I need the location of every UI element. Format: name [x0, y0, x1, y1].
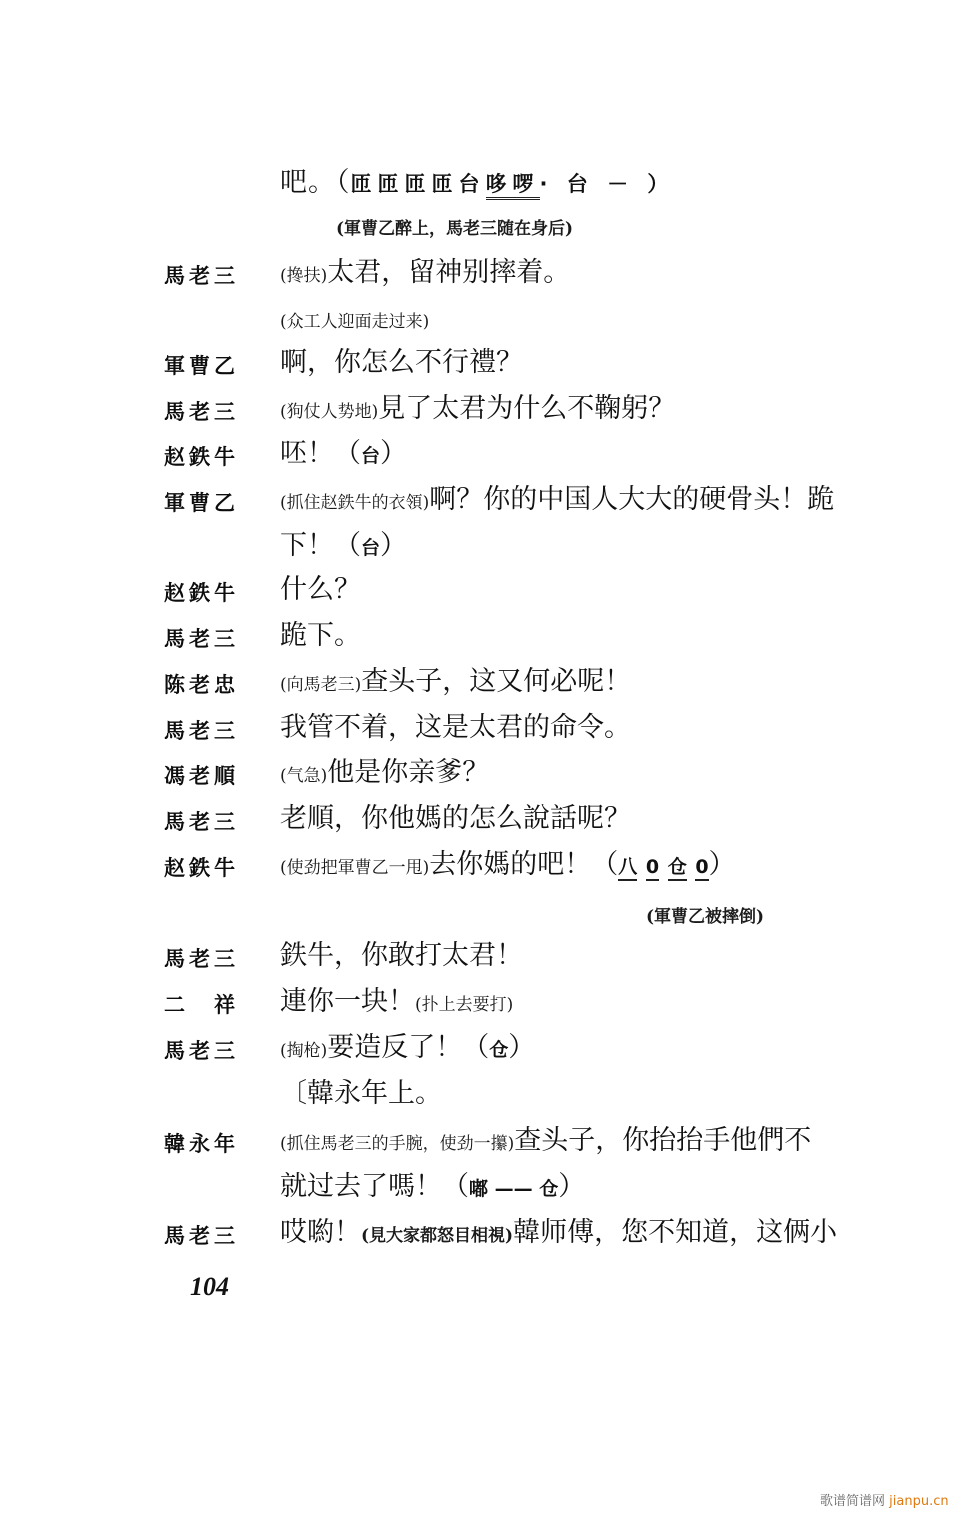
- bracket-close: ）: [380, 438, 407, 469]
- dialogue-text: 去你媽的吧！（: [429, 849, 618, 880]
- dialogue-text: 查头子，这又何必呢！: [361, 666, 631, 697]
- stage-direction: (使劲把軍曹乙一甩): [280, 858, 429, 878]
- dialogue-text: 鉄牛，你敢打太君！: [280, 940, 523, 971]
- percussion-beat: 嘟 —— 仓: [469, 1178, 558, 1200]
- dialogue-line: 哎喲！(見大家都怒目相視)韓师傅，您不知道，这俩小: [280, 1210, 920, 1259]
- dialogue-text: 連你一块！: [280, 986, 415, 1017]
- dialogue-line: (掏枪)要造反了！（仓）: [280, 1025, 920, 1074]
- dialogue-line: (向馬老三)查头子，这又何必呢！: [280, 659, 920, 708]
- dialogue-line: 鉄牛，你敢打太君！: [280, 933, 920, 979]
- dialogue-text: 老順，你他媽的怎么說話呢？: [280, 803, 631, 834]
- dialogue-text: 要造反了！（: [327, 1032, 489, 1063]
- dialogue-text: 啊？你的中国人大大的硬骨头！跪: [429, 484, 834, 515]
- dialogue-line: 什么？: [280, 567, 920, 613]
- dialogue-continuation: 就过去了嗎！（嘟 —— 仓）: [280, 1164, 920, 1212]
- dialogue-line: (气急)他是你亲爹？: [280, 750, 920, 799]
- speaker-name: 馬老三: [164, 1035, 254, 1065]
- stage-direction: (軍曹乙醉上，馬老三随在身后): [336, 214, 573, 239]
- speaker-name: 軍曹乙: [164, 350, 254, 380]
- dialogue-line: (搀扶)太君，留神别摔着。: [280, 250, 920, 299]
- dialogue-line: 連你一块！(扑上去要打): [280, 979, 920, 1028]
- dialogue-line: 跪下。: [280, 613, 920, 659]
- percussion-notation: 匝匝匝匝台: [351, 172, 486, 196]
- dialogue-line: (众工人迎面走过来): [280, 296, 920, 345]
- stage-direction: (扑上去要打): [415, 995, 513, 1015]
- dialogue-text: 跪下。: [280, 620, 361, 651]
- bracket-close: ）: [558, 1171, 585, 1202]
- percussion-tail: · 台 － ）: [540, 172, 675, 196]
- speaker-name: 韓永年: [164, 1128, 254, 1158]
- speaker-name: 馬老三: [164, 715, 254, 745]
- speaker-name: 馬老三: [164, 396, 254, 426]
- stage-direction: (抓住馬老三的手腕，使劲一攥): [280, 1134, 514, 1154]
- dialogue-text: 哎喲！: [280, 1217, 361, 1248]
- opening-text: 吧。（: [280, 167, 351, 198]
- percussion-beat: 0: [695, 856, 708, 881]
- speaker-name: 二 祥: [164, 989, 254, 1019]
- stage-direction: (搀扶): [280, 266, 327, 286]
- bracket-close: ）: [380, 530, 407, 561]
- speaker-name: 赵鉄牛: [164, 577, 254, 607]
- percussion-beat: 仓: [489, 1039, 508, 1061]
- bracket-close: ）: [508, 1032, 535, 1063]
- dialogue-line: 我管不着，这是太君的命令。: [280, 705, 920, 751]
- bracket-close: ）: [709, 849, 736, 880]
- dialogue-line: 啊，你怎么不行禮？: [280, 340, 920, 386]
- dialogue-line: (使劲把軍曹乙一甩)去你媽的吧！（八 0 仓 0）: [280, 842, 920, 891]
- dialogue-text: 他是你亲爹？: [327, 757, 489, 788]
- dialogue-text: 就过去了嗎！（: [280, 1171, 469, 1202]
- speaker-name: 馬老三: [164, 260, 254, 290]
- watermark-site-name: 歌谱简谱网: [820, 1494, 885, 1509]
- speaker-name: 馬老三: [164, 806, 254, 836]
- speaker-name: 馬老三: [164, 943, 254, 973]
- percussion-underlined: 哆啰: [486, 172, 540, 200]
- speaker-name: 馬老三: [164, 623, 254, 653]
- dialogue-text: 我管不着，这是太君的命令。: [280, 712, 631, 743]
- dialogue-text: 太君，留神别摔着。: [327, 257, 570, 288]
- watermark-url: jianpu.cn: [889, 1494, 948, 1509]
- speaker-name: 馮老順: [164, 760, 254, 790]
- dialogue-line: (抓住赵鉄牛的衣領)啊？你的中国人大大的硬骨头！跪: [280, 477, 920, 526]
- dialogue-text: 韓师傅，您不知道，这俩小: [513, 1217, 837, 1248]
- stage-direction: (众工人迎面走过来): [280, 312, 429, 332]
- stage-direction: (向馬老三): [280, 675, 361, 695]
- dialogue-continuation: 下！（台）: [280, 523, 920, 571]
- dialogue-line: (狗仗人势地)見了太君为什么不鞠躬？: [280, 386, 920, 435]
- percussion-beat: 台: [361, 537, 380, 559]
- percussion-beat: 0: [646, 856, 659, 881]
- script-page: 吧。（匝匝匝匝台哆啰· 台 － ） (軍曹乙醉上，馬老三随在身后) 馬老三 (搀…: [0, 0, 974, 1524]
- dialogue-text: 見了太君为什么不鞠躬？: [378, 393, 675, 424]
- stage-direction: (掏枪): [280, 1041, 327, 1061]
- speaker-name: 馬老三: [164, 1220, 254, 1250]
- stage-direction: (狗仗人势地): [280, 402, 378, 422]
- stage-direction-right: (軍曹乙被摔倒): [646, 902, 764, 927]
- speaker-name: 赵鉄牛: [164, 852, 254, 882]
- speaker-name: 赵鉄牛: [164, 441, 254, 471]
- speaker-name: 軍曹乙: [164, 487, 254, 517]
- stage-direction: (气急): [280, 766, 327, 786]
- dialogue-line: 呸！（台）: [280, 431, 920, 479]
- percussion-beat: 台: [361, 445, 380, 467]
- dialogue-text: 什么？: [280, 574, 361, 605]
- page-number: 104: [190, 1272, 229, 1302]
- entrance-text: 〔韓永年上。: [280, 1078, 442, 1109]
- dialogue-text: 呸！（: [280, 438, 361, 469]
- opening-line: 吧。（匝匝匝匝台哆啰· 台 － ）: [280, 160, 674, 199]
- watermark: 歌谱简谱网 jianpu.cn: [820, 1490, 949, 1509]
- entrance-line: 〔韓永年上。: [280, 1071, 920, 1117]
- dialogue-text: 下！（: [280, 530, 361, 561]
- percussion-beat: 八: [618, 856, 637, 881]
- percussion-beat: 仓: [668, 856, 687, 881]
- stage-direction: (見大家都怒目相視): [361, 1226, 513, 1246]
- dialogue-line: 老順，你他媽的怎么說話呢？: [280, 796, 920, 842]
- stage-direction: (抓住赵鉄牛的衣領): [280, 493, 429, 513]
- dialogue-line: (抓住馬老三的手腕，使劲一攥)查头子，你抬抬手他們不: [280, 1118, 920, 1167]
- speaker-name: 陈老忠: [164, 669, 254, 699]
- dialogue-text: 查头子，你抬抬手他們不: [514, 1125, 811, 1156]
- dialogue-text: 啊，你怎么不行禮？: [280, 347, 523, 378]
